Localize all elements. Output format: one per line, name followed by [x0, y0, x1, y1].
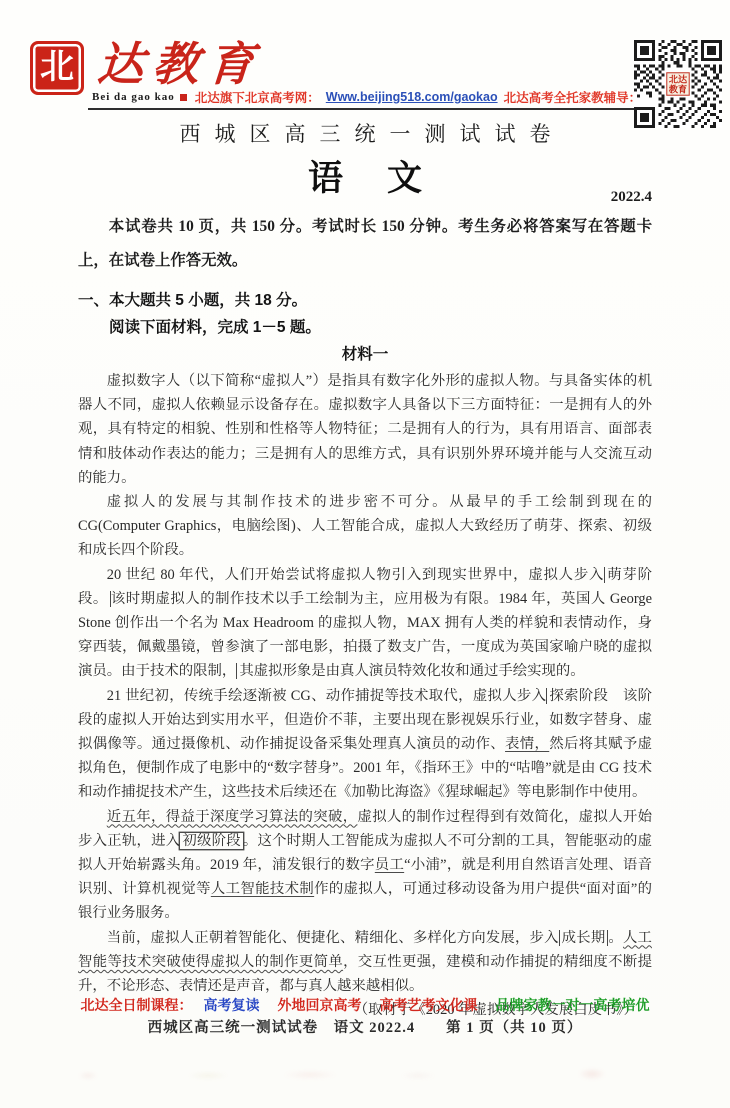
pen-box-chuji: 初级阶段: [180, 833, 242, 849]
section-subheading: 阅读下面材料，完成 1－5 题。: [78, 315, 652, 337]
subject-title: 语文: [78, 156, 652, 202]
page-bleed-through: [40, 1066, 640, 1082]
section-heading: 一、本大题共 5 小题，共 18 分。: [78, 288, 652, 310]
gaokao-site-label: 北达旗下北京高考网：: [195, 88, 320, 106]
qr-logo-text-top: 北达: [669, 73, 688, 84]
red-square-bullet-icon: [180, 94, 187, 101]
pen-mark-tansuo: 探索阶段: [546, 688, 608, 704]
footer-course-ads: 北达全日制课程：高考复读外地回京高考高考艺考文化课品牌家教一对一高考培优: [0, 995, 730, 1015]
course-art-culture: 高考艺考文化课: [380, 997, 478, 1013]
header-divider: [88, 108, 640, 110]
paper-title: 西城区高三统一测试试卷: [78, 118, 652, 148]
subject-row: 语文 2022.4: [78, 156, 652, 202]
paragraph-current: 当前，虚拟人正朝着智能化、便捷化、精细化、多样化方向发展，步入成长期。人工智能等…: [78, 926, 652, 999]
paragraph-2000s: 21 世纪初，传统手绘逐渐被 CG、动作捕捉等技术取代，虚拟人步入探索阶段 该阶…: [78, 684, 652, 805]
exam-instructions: 本试卷共 10 页，共 150 分。考试时长 150 分钟。考生务必将答案写在答…: [78, 210, 652, 278]
course-return-beijing: 外地回京高考: [278, 997, 362, 1013]
footer-page-info: 西城区高三统一测试试卷 语文 2022.4 第 1 页（共 10 页）: [0, 1016, 730, 1037]
exam-document: 西城区高三统一测试试卷 语文 2022.4 本试卷共 10 页，共 150 分。…: [78, 118, 652, 1022]
brand-name: 达教育: [96, 28, 266, 94]
course-gaokao-repeat: 高考复读: [204, 997, 260, 1013]
material-one-title: 材料一: [78, 342, 652, 364]
qr-logo-text-bottom: 教育: [668, 83, 687, 94]
pen-mark-chengzhangqi: 成长期: [559, 930, 609, 946]
pen-underline-ai-tech: 人工智能技术制: [211, 881, 314, 897]
paragraph-definition: 虚拟数字人（以下简称“虚拟人”）是指具有数字化外形的虚拟人物。与具备实体的机器人…: [78, 369, 652, 490]
paragraph-recent-years: 近五年，得益于深度学习算法的突破，虚拟人的制作过程得到有效简化，虚拟人开始步入正…: [78, 805, 652, 926]
scanned-exam-page: 北 达教育 Bei da gao kao 北达旗下北京高考网： Www.beij…: [0, 0, 730, 1108]
courses-label: 北达全日制课程：: [81, 997, 193, 1013]
seal-character: 北: [40, 51, 74, 85]
reading-material: 虚拟数字人（以下简称“虚拟人”）是指具有数字化外形的虚拟人物。与具备实体的机器人…: [78, 369, 652, 1022]
pen-mark-vertical: 其虚拟形象是由真人演员特效化妆和通过手绘实现的。: [236, 663, 584, 679]
gaokao-site-link[interactable]: Www.beijing518.com/gaokao: [326, 90, 498, 104]
paragraph-1980s: 20 世纪 80 年代，人们开始尝试将虚拟人物引入到现实世界中，虚拟人步入萌芽阶…: [78, 563, 652, 684]
qr-center-logo: 北达 教育: [667, 73, 689, 95]
paragraph-development: 虚拟人的发展与其制作技术的进步密不可分。从最早的手工绘制到现在的 CG(Comp…: [78, 490, 652, 563]
qr-code: 北达 教育: [634, 40, 722, 128]
brand-seal-logo: 北: [30, 41, 84, 95]
header-tagline: Bei da gao kao 北达旗下北京高考网： Www.beijing518…: [92, 88, 722, 106]
pen-underline-biaoqing: 表情，: [505, 736, 549, 752]
exam-date: 2022.4: [611, 189, 652, 206]
brand-pinyin: Bei da gao kao: [92, 91, 175, 103]
pen-wavy-underline: 近五年，得益于深度学习算法的突破，: [107, 809, 358, 825]
pen-underline-yuangong: 员工: [375, 857, 404, 873]
course-one-on-one: 品牌家教一对一高考培优: [496, 997, 650, 1013]
